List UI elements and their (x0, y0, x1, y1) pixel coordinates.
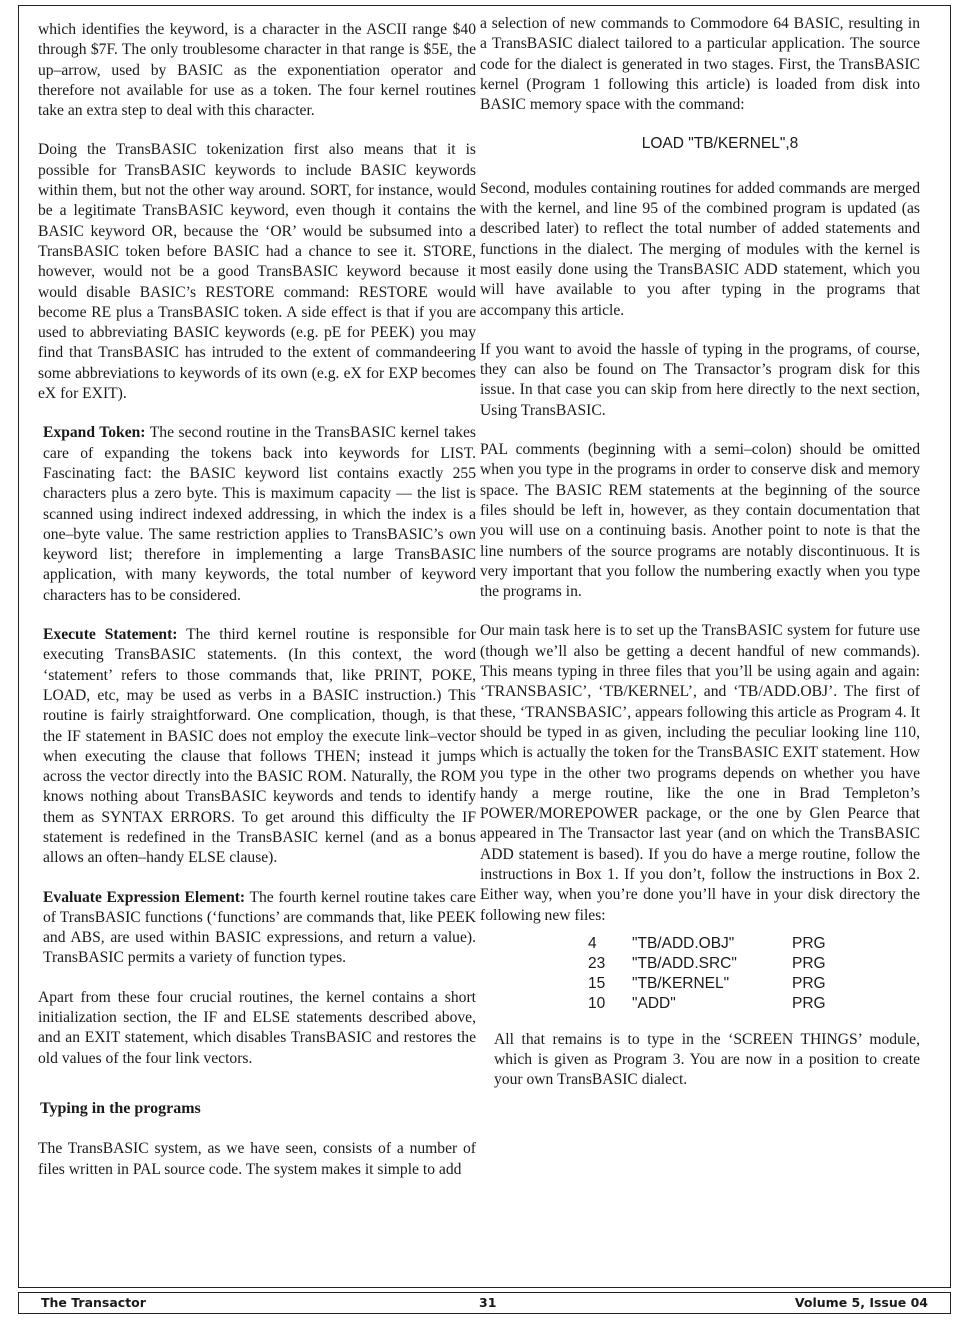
block-count: 15 (588, 974, 632, 994)
paragraph: If you want to avoid the hassle of typin… (480, 340, 920, 421)
file-type: PRG (792, 994, 826, 1014)
run-in-heading: Execute Statement: (43, 626, 177, 643)
block-count: 23 (588, 954, 632, 974)
paragraph: a selection of new commands to Commodore… (480, 14, 920, 115)
run-in-heading: Evaluate Expression Element: (43, 889, 245, 906)
paragraph-text: The third kernel routine is responsible … (43, 626, 476, 866)
right-column: a selection of new commands to Commodore… (480, 14, 920, 1110)
expand-token-paragraph: Expand Token: The second routine in the … (38, 423, 476, 606)
file-name: "ADD" (632, 994, 792, 1014)
table-row: 15 "TB/KERNEL" PRG (588, 974, 826, 994)
page-number: 31 (479, 1295, 496, 1310)
paragraph: Second, modules containing routines for … (480, 179, 920, 321)
paragraph: Doing the TransBASIC tokenization first … (38, 140, 476, 404)
block-count: 10 (588, 994, 632, 1014)
load-command: LOAD "TB/KERNEL",8 (520, 134, 920, 154)
magazine-title: The Transactor (41, 1295, 146, 1310)
file-type: PRG (792, 954, 826, 974)
table-row: 10 "ADD" PRG (588, 994, 826, 1014)
paragraph: Apart from these four crucial routines, … (38, 988, 476, 1069)
left-column: which identifies the keyword, is a chara… (38, 20, 476, 1199)
file-name: "TB/KERNEL" (632, 974, 792, 994)
section-heading: Typing in the programs (40, 1099, 476, 1119)
file-type: PRG (792, 974, 826, 994)
paragraph: The TransBASIC system, as we have seen, … (38, 1139, 476, 1180)
directory-listing: 4 "TB/ADD.OBJ" PRG 23 "TB/ADD.SRC" PRG 1… (588, 934, 826, 1014)
execute-statement-paragraph: Execute Statement: The third kernel rout… (38, 625, 476, 869)
evaluate-expression-paragraph: Evaluate Expression Element: The fourth … (38, 888, 476, 969)
file-name: "TB/ADD.OBJ" (632, 934, 792, 954)
file-type: PRG (792, 934, 826, 954)
table-row: 23 "TB/ADD.SRC" PRG (588, 954, 826, 974)
issue-label: Volume 5, Issue 04 (795, 1295, 928, 1310)
table-row: 4 "TB/ADD.OBJ" PRG (588, 934, 826, 954)
block-count: 4 (588, 934, 632, 954)
file-name: "TB/ADD.SRC" (632, 954, 792, 974)
paragraph-text: The second routine in the TransBASIC ker… (43, 424, 476, 603)
paragraph: All that remains is to type in the ‘SCRE… (494, 1030, 920, 1091)
run-in-heading: Expand Token: (43, 424, 146, 441)
paragraph: which identifies the keyword, is a chara… (38, 20, 476, 121)
paragraph: Our main task here is to set up the Tran… (480, 621, 920, 925)
page-footer: The Transactor 31 Volume 5, Issue 04 (18, 1292, 951, 1314)
paragraph: PAL comments (beginning with a semi–colo… (480, 440, 920, 602)
